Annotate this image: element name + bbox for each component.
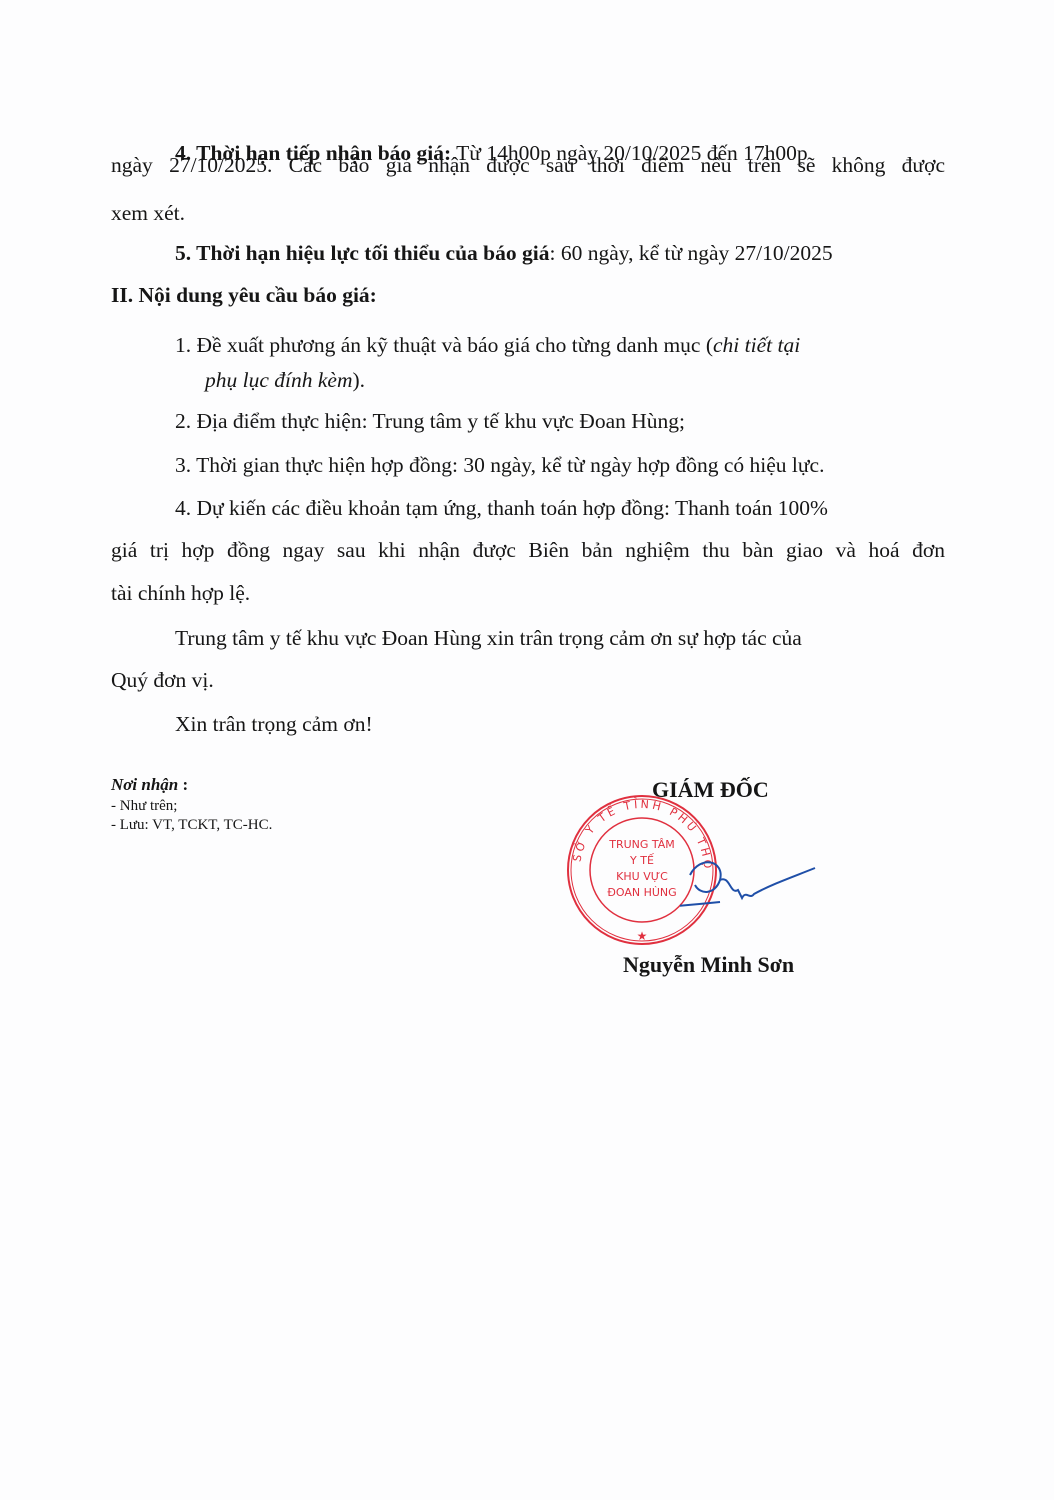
recipients-heading-text: Nơi nhận xyxy=(111,775,178,794)
section-ii-heading-text: II. Nội dung yêu cầu báo giá: xyxy=(111,283,377,307)
section-ii-item4-line1: 4. Dự kiến các điều khoản tạm ứng, thanh… xyxy=(175,498,828,520)
recipients-colon: : xyxy=(178,775,188,794)
closing-thanks: Xin trân trọng cảm ơn! xyxy=(175,714,373,736)
section-ii-item1-line1: 1. Đề xuất phương án kỹ thuật và báo giá… xyxy=(175,335,800,357)
item5-text: : 60 ngày, kể từ ngày 27/10/2025 xyxy=(549,241,832,265)
stamp-line: TRUNG TÂM xyxy=(608,838,675,851)
stamp-line: KHU VỰC xyxy=(616,870,668,883)
section-ii-item4-line2: giá trị hợp đồng ngay sau khi nhận được … xyxy=(111,540,945,562)
handwritten-signature-icon xyxy=(680,850,820,920)
section-ii-item2: 2. Địa điểm thực hiện: Trung tâm y tế kh… xyxy=(175,411,685,433)
stamp-line: ĐOAN HÙNG xyxy=(607,886,676,899)
recipients-heading: Nơi nhận : xyxy=(111,776,188,793)
signer-name: Nguyễn Minh Sơn xyxy=(623,952,794,978)
recipient-item: - Như trên; xyxy=(111,799,177,814)
closing-line1: Trung tâm y tế khu vực Đoan Hùng xin trâ… xyxy=(175,628,802,650)
item4-line2: ngày 27/10/2025. Các báo giá nhận được s… xyxy=(111,155,945,177)
item4-line2-text: ngày 27/10/2025. Các báo giá nhận được s… xyxy=(111,153,945,177)
item5-label: 5. Thời hạn hiệu lực tối thiểu của báo g… xyxy=(175,241,549,265)
closing-line2: Quý đơn vị. xyxy=(111,670,214,692)
section-ii-heading: II. Nội dung yêu cầu báo giá: xyxy=(111,285,377,307)
item5-line: 5. Thời hạn hiệu lực tối thiểu của báo g… xyxy=(175,243,833,265)
section-ii-item4-line3: tài chính hợp lệ. xyxy=(111,583,250,605)
item1-prefix: 1. Đề xuất phương án kỹ thuật và báo giá… xyxy=(175,333,713,357)
item4-line3: xem xét. xyxy=(111,203,185,225)
section-ii-item1-line2: phụ lục đính kèm). xyxy=(205,370,365,392)
item1-suffix: ). xyxy=(352,368,365,392)
recipient-item: - Lưu: VT, TCKT, TC-HC. xyxy=(111,818,272,833)
stamp-line: Y TẾ xyxy=(629,853,654,867)
item4b-line2-text: giá trị hợp đồng ngay sau khi nhận được … xyxy=(111,538,945,562)
star-icon: ★ xyxy=(637,929,648,943)
item1-italic1: chi tiết tại xyxy=(713,333,800,357)
section-ii-item3: 3. Thời gian thực hiện hợp đồng: 30 ngày… xyxy=(175,455,824,477)
item1-italic2: phụ lục đính kèm xyxy=(205,368,352,392)
document-page: 4. Thời hạn tiếp nhận báo giá: Từ 14h00p… xyxy=(0,0,1054,1500)
